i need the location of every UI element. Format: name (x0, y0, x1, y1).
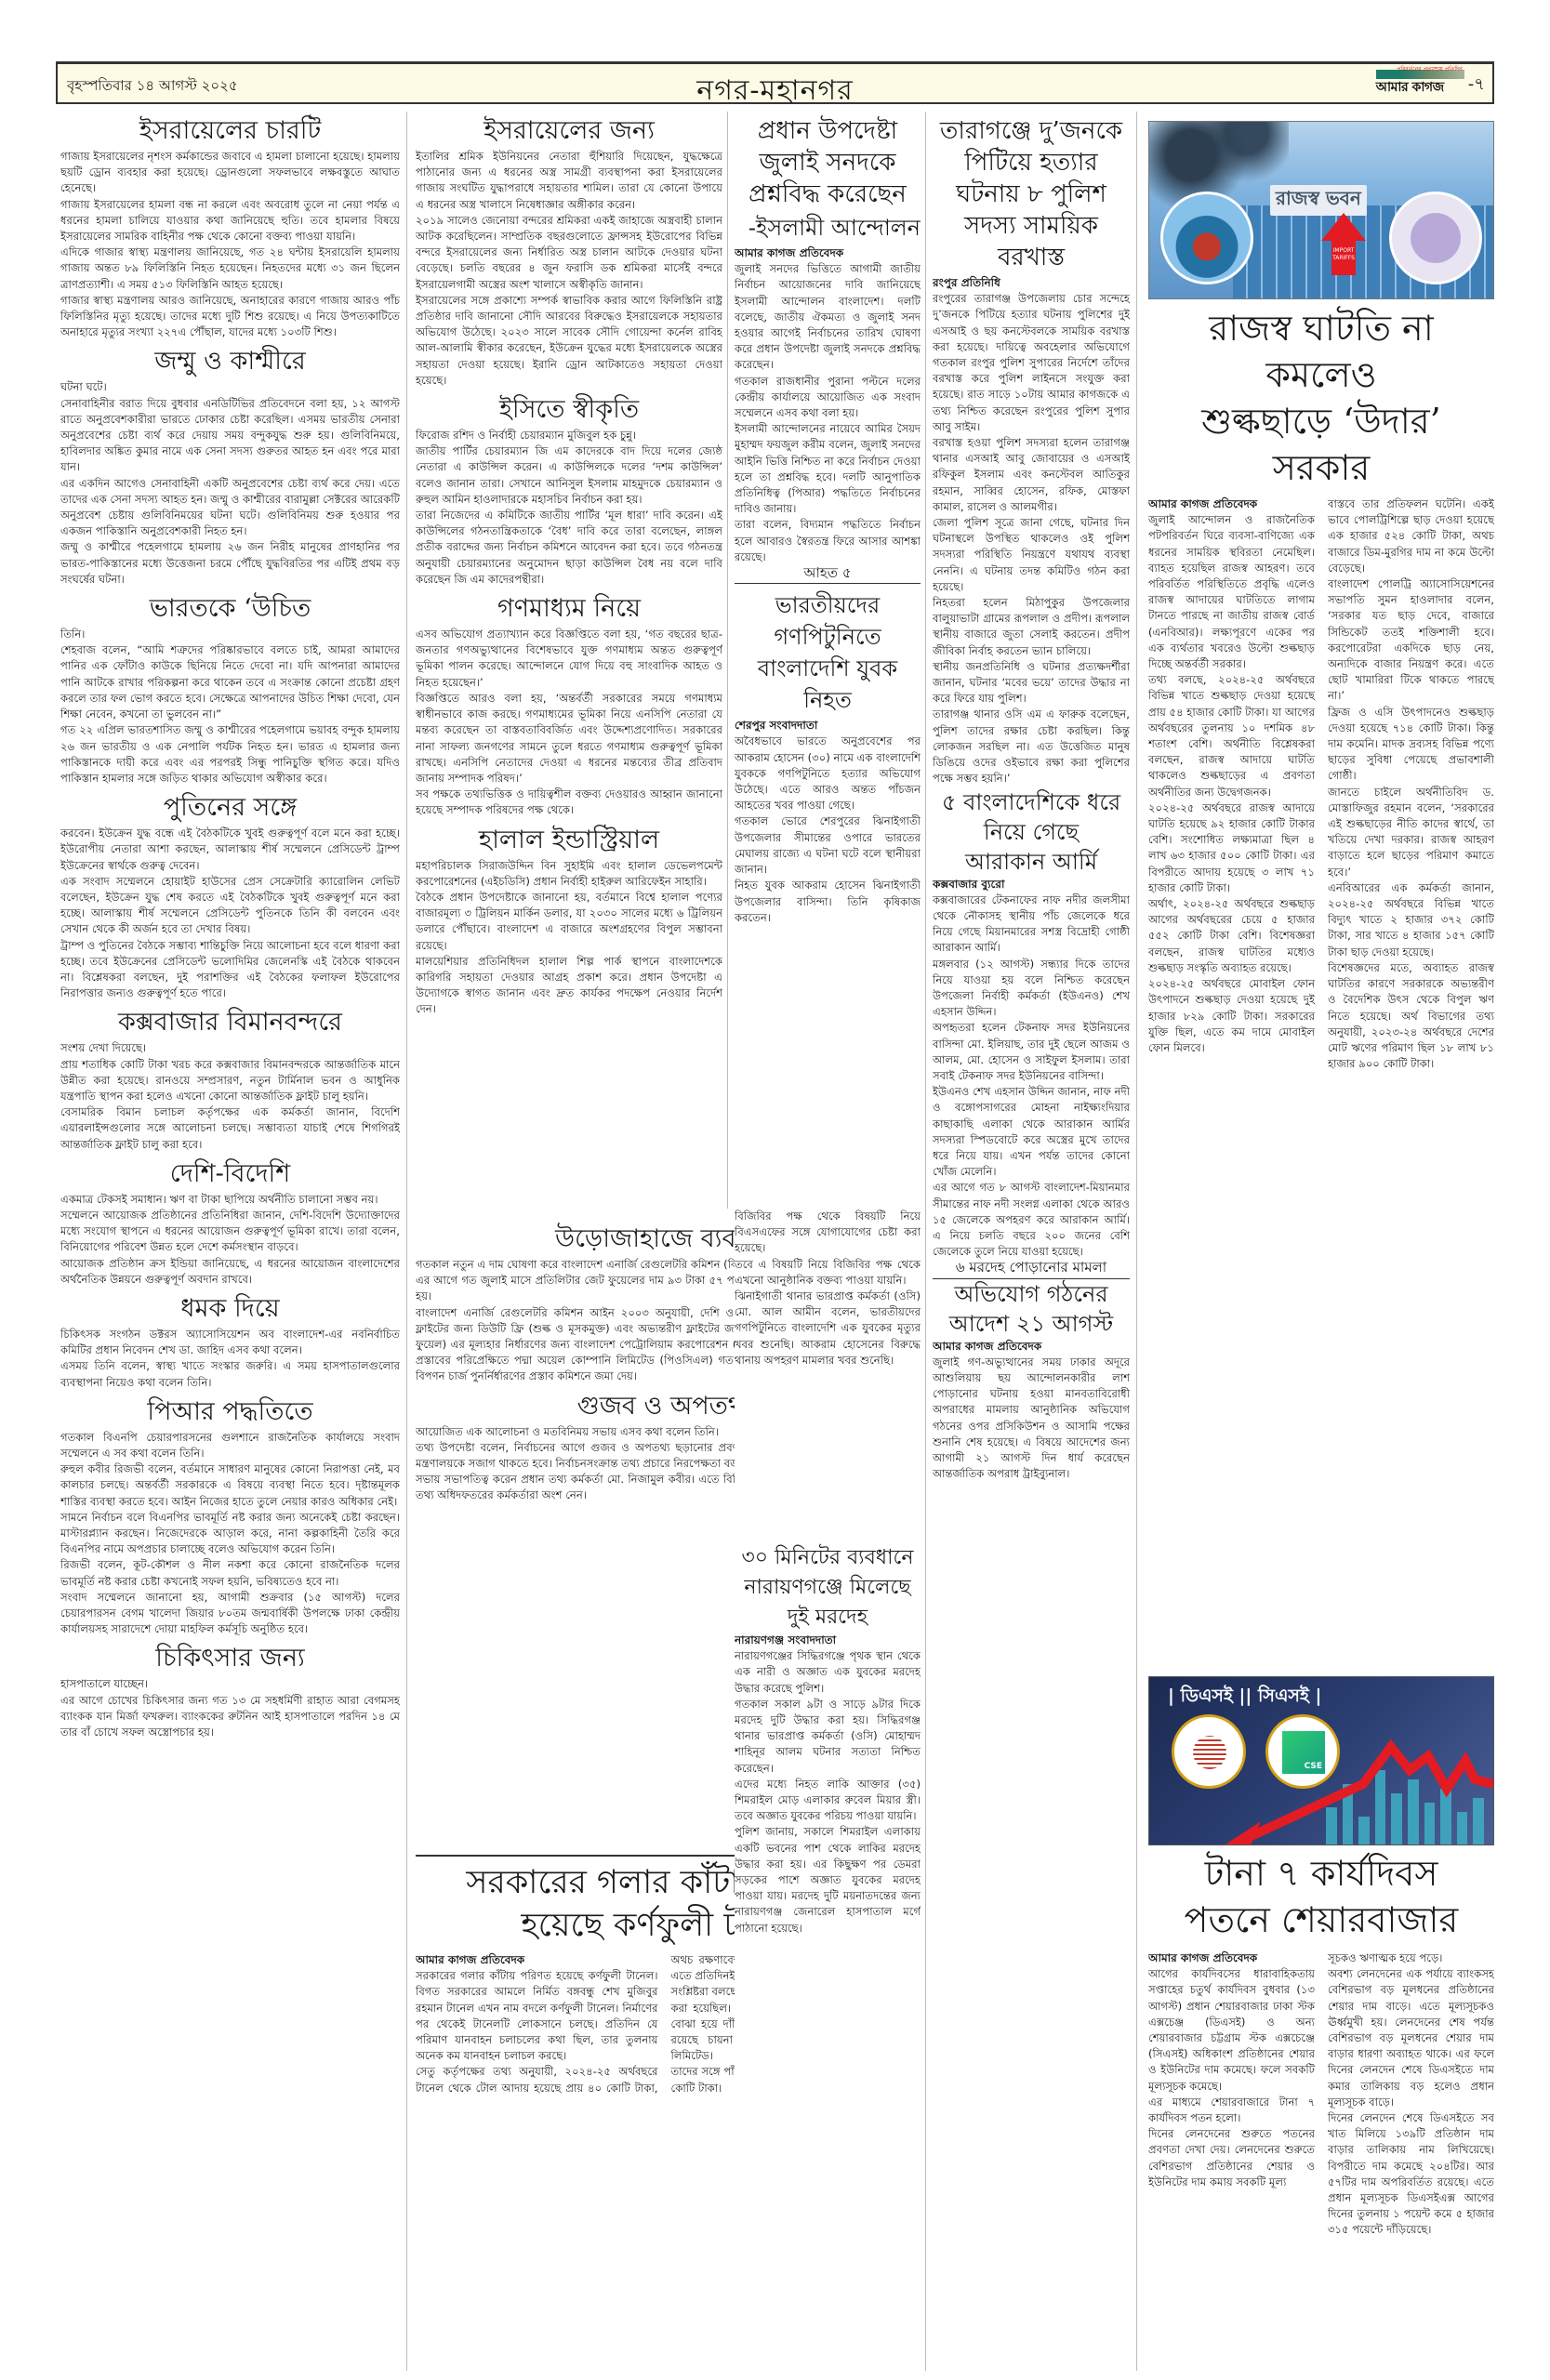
paragraph: তবে এ বিষয়টি নিয়ে বিজিবির পক্ষ থেকে এখ… (735, 1257, 921, 1289)
stock-headline: টানা ৭ কার্যদিবস (1148, 1850, 1494, 1897)
stock-headline: পতনে শেয়ারবাজার (1148, 1897, 1494, 1943)
paragraph: তারা বলেন, বিদ্যমান পদ্ধতিতে নির্বাচন হল… (735, 517, 921, 565)
article-coxsbazar-airport: কক্সবাজার বিমানবন্দরে সংশয় দেখা দিয়েছে… (60, 1007, 400, 1152)
headline: গণমাধ্যম নিয়ে (416, 593, 722, 625)
paragraph: এর মাধ্যমে শেয়ারবাজারে টানা ৭ কার্যদিবস… (1148, 2095, 1315, 2126)
paragraph: স্থানীয় জনপ্রতিনিধি ও ঘটনার প্রত্যক্ষদর… (933, 659, 1130, 707)
byline: শেরপুর সংবাদদাতা (735, 718, 921, 734)
paragraph: এসময় তিনি বলেন, স্বাস্থ্য খাতে সংস্কার … (60, 1358, 400, 1390)
article-ec-recognition: ইসিতে স্বীকৃতি ফিরোজ রশিদ ও নির্বাহী চেয… (416, 394, 722, 588)
column-divider (925, 112, 926, 2371)
headline: প্রধান উপদেষ্টা জুলাই সনদকে প্রশ্নবিদ্ধ … (735, 115, 921, 210)
column-3-lower: ৩০ মিনিটের ব্যবধানে নারায়ণগঞ্জে মিলেছে … (735, 1543, 921, 2375)
headline: ৩০ মিনিটের ব্যবধানে (735, 1543, 921, 1573)
paragraph: এনবিআরের এক কর্মকর্তা জানান, ২০২৪-২৫ অর্… (1328, 880, 1494, 960)
paragraph: ২০২৪-২৫ অর্থবছরে রাজস্ব আদায়ে ঘাটতি হয়… (1148, 800, 1315, 896)
paragraph: তারা নিজেদের এ কমিটিকে জাতীয় পার্টির ‘ম… (416, 508, 722, 588)
paragraph: কক্সবাজারের টেকনাফের নাফ নদীর জলসীমা থেক… (933, 892, 1130, 957)
paragraph: গাজার স্বাস্থ্য মন্ত্রণালয় আরও জানিয়েছ… (60, 293, 400, 341)
article-israel-for: ইসরায়েলের জন্য ইতালির শ্রমিক ইউনিয়নের … (416, 115, 722, 389)
paragraph: গাজায় ইসরায়েলের হামলা বন্ধ না করলে এবং… (60, 197, 400, 245)
paragraph: করবেন। ইউক্রেন যুদ্ধ বন্ধে এই বৈঠকটিকে খ… (60, 826, 400, 874)
column-divider (406, 112, 407, 2371)
lead-right-column: বাস্তবে তার প্রতিফলন ঘটেনি। একই ভাবে পোল… (1328, 496, 1494, 1072)
paragraph: অর্থাৎ, ২০২৪-২৫ অর্থবছরে শুল্কছাড় আগের … (1148, 896, 1315, 976)
lead-headline: রাজস্ব ঘাটতি না কমলেও (1148, 305, 1494, 398)
paragraph: সম্মেলনে আয়োজক প্রতিষ্ঠানের প্রতিনিধিরা… (60, 1208, 400, 1256)
headline: আরাকান আর্মি (933, 847, 1130, 877)
paragraph: একমাত্র টেকসই সমাধান। ঋণ বা টাকা ছাপিয়ে… (60, 1192, 400, 1208)
byline: রংপুর প্রতিনিধি (933, 275, 1130, 291)
column-3-mid: বিজিবির পক্ষ থেকে বিষয়টি নিয়ে বিএসএফের… (735, 1209, 921, 1543)
article-halal-industrial: হালাল ইন্ডাস্ট্রিয়াল মহাপরিচালক সিরাজউদ… (416, 825, 722, 1018)
paragraph: জেলা পুলিশ সূত্রে জানা গেছে, ঘটনার দিন ঘ… (933, 515, 1130, 595)
paragraph: গাজায় ইসরায়েলের নৃশংস কর্মকান্ডের জবাব… (60, 149, 400, 197)
column-5-lead: রাজস্ব ঘাটতি না কমলেও শুল্কছাড়ে ‘উদার’ … (1148, 305, 1494, 1672)
article-jammu-kashmir: জম্মু ও কাশ্মীরে ঘটনা ঘটে। সেনাবাহিনীর ব… (60, 346, 400, 588)
article-for-treatment: চিকিৎসার জন্য হাসপাতালে যাচ্ছেন। এর আগে … (60, 1643, 400, 1740)
paragraph: মঙ্গলবার (১২ আগস্ট) সন্ধ্যার দিকে তাদের … (933, 957, 1130, 1021)
stock-exchange-labels: | ডিএসই || সিএসই | (1168, 1683, 1321, 1712)
headline: নিয়ে গেছে (933, 817, 1130, 847)
paragraph: এক সংবাদ সম্মেলনে হোয়াইট হাউসের প্রেস স… (60, 874, 400, 938)
column-divider (727, 112, 728, 1209)
article-threatening: ধমক দিয়ে চিকিৎসক সংগঠন ডক্টরস অ্যাসোসিয… (60, 1293, 400, 1391)
byline: আমার কাগজ প্রতিবেদক (1148, 1950, 1315, 1966)
lead-left-column: আমার কাগজ প্রতিবেদক জুলাই আন্দোলন ও রাজন… (1148, 496, 1315, 1072)
headline: ভারতকে ‘উচিত (60, 593, 400, 625)
article-india-proper: ভারতকে ‘উচিত তিনি। শেহবাজ বলেন, “আমি শত্… (60, 593, 400, 787)
paragraph: এসব অভিযোগ প্রত্যাখ্যান করে বিজ্ঞপ্তিতে … (416, 627, 722, 691)
headline: হালাল ইন্ডাস্ট্রিয়াল (416, 825, 722, 856)
paragraph: রিজভী বলেন, কূট-কৌশল ও নীল নকশা করে কোনো… (60, 1557, 400, 1589)
paragraph: বিশেষজ্ঞদের মতে, অব্যাহত রাজস্ব ঘাটতির ক… (1328, 960, 1494, 1072)
byline: আমার কাগজ প্রতিবেদক (1148, 496, 1315, 512)
stock-right-column: সূচকও ঋণাত্মক হয়ে পড়ে। অবশ্য লেনদেনের … (1328, 1950, 1494, 2239)
stock-exchange-photo: | ডিএসই || সিএসই | CSE (1148, 1676, 1494, 1845)
paragraph: বরখাস্ত হওয়া পুলিশ সদস্যরা হলেন তারাগঞ্… (933, 435, 1130, 515)
article-six-bodies-case: ৬ মরদেহ পোড়ানোর মামলা অভিযোগ গঠনের আদেশ… (933, 1260, 1130, 1482)
paragraph: শেহবাজ বলেন, “আমি শত্রুদের পরিষ্কারভাবে … (60, 642, 400, 722)
headline: ধমক দিয়ে (60, 1293, 400, 1325)
paragraph: সূচকও ঋণাত্মক হয়ে পড়ে। (1328, 1950, 1494, 1966)
import-tariffs-label: IMPORT TARIFFS (1331, 240, 1356, 275)
paragraph: জম্মু ও কাশ্মীরে পহেলগামে হামলায় ২৬ জন … (60, 539, 400, 588)
paragraph: সরকারের গলার কাঁটায় পরিণত হয়েছে কর্ণফু… (416, 1968, 658, 2064)
article-bangladeshi-killed: আহত ৫ ভারতীয়দের গণপিটুনিতে বাংলাদেশি যু… (735, 565, 921, 926)
paragraph: অপহৃতরা হলেন টেকনাফ সদর ইউনিয়নের বাসিন্… (933, 1020, 1130, 1084)
article-july-charter: প্রধান উপদেষ্টা জুলাই সনদকে প্রশ্নবিদ্ধ … (735, 115, 921, 565)
column-4: তারাগঞ্জে দু’জনকে পিটিয়ে হত্যার ঘটনায় … (933, 110, 1130, 2378)
paragraph: এর আগে চোখের চিকিৎসার জন্য গত ১৩ মে সহধর… (60, 1693, 400, 1741)
byline: আমার কাগজ প্রতিবেদক (735, 245, 921, 261)
dse-label: ডিএসই (1181, 1686, 1233, 1706)
cse-label: সিএসই (1258, 1686, 1309, 1706)
paragraph: জাতীয় পার্টির চেয়ারম্যান জি এম কাদেরকে… (416, 443, 722, 508)
headline: দুই মরদেহ (735, 1603, 921, 1633)
paragraph: ইতালির শ্রমিক ইউনিয়নের নেতারা হুঁশিয়ার… (416, 149, 722, 213)
paragraph: ট্রাম্প ও পুতিনের বৈঠকে সম্ভাব্য শান্তিচ… (60, 938, 400, 1002)
headline: নারায়ণগঞ্জে মিলেছে (735, 1573, 921, 1603)
paragraph: নিহতরা হলেন মিঠাপুকুর উপজেলার বালুয়াভাট… (933, 595, 1130, 659)
paragraph: গতকাল ভোরে শেরপুরের ঝিনাইগাতী উপজেলার সী… (735, 813, 921, 878)
headline: দেশি-বিদেশি (60, 1158, 400, 1190)
paragraph: চিকিৎসক সংগঠন ডক্টরস অ্যাসোসিয়েশন অব বা… (60, 1327, 400, 1358)
article-narayanganj-bodies: ৩০ মিনিটের ব্যবধানে নারায়ণগঞ্জে মিলেছে … (735, 1543, 921, 1937)
paragraph: গত ২২ এপ্রিল ভারতশাসিত জম্মু ও কাশ্মীরের… (60, 722, 400, 787)
paragraph: এর আগে গত ৮ আগস্ট বাংলাদেশ-মিয়ানমার সীম… (933, 1180, 1130, 1260)
byline: আমার কাগজ প্রতিবেদক (933, 1339, 1130, 1355)
logo-name: আমার কাগজ (1376, 79, 1464, 96)
paragraph: মহাপরিচালক সিরাজউদ্দিন বিন সুহাইমি এবং হ… (416, 858, 722, 890)
headline: তারাগঞ্জে দু’জনকে পিটিয়ে হত্যার ঘটনায় … (933, 115, 1130, 273)
column-1: ইসরায়েলের চারটি গাজায় ইসরায়েলের নৃশংস… (60, 110, 400, 2378)
money-stack-icon (1389, 192, 1482, 284)
revenue-board-photo: রাজস্ব ভবন IMPORT TARIFFS (1148, 121, 1494, 299)
paragraph: অবশ্য লেনদেনের এক পর্যায়ে ব্যাংকসহ বেশি… (1328, 1966, 1494, 2110)
paragraph: সংবাদ সম্মেলনে জানানো হয়, আগামী শুক্রবা… (60, 1590, 400, 1638)
paragraph: সংশয় দেখা দিয়েছে। (60, 1040, 400, 1056)
paragraph: সেনাবাহিনীর বরাত দিয়ে বুধবার এনডিটিভির … (60, 396, 400, 476)
paragraph: হাসপাতালে যাচ্ছেন। (60, 1676, 400, 1692)
headline: পুতিনের সঙ্গে (60, 792, 400, 824)
headline: ৫ বাংলাদেশিকে ধরে (933, 787, 1130, 817)
article-with-putin: পুতিনের সঙ্গে করবেন। ইউক্রেন যুদ্ধ বন্ধে… (60, 792, 400, 1001)
headline: পিআর পদ্ধতিতে (60, 1396, 400, 1428)
paragraph: প্রায় শতাধিক কোটি টাকা খরচ করে কক্সবাজা… (60, 1057, 400, 1105)
arrow-up-icon (1321, 213, 1366, 241)
paragraph: এর একদিন আগেও সেনাবাহিনী একটি অনুপ্রবেশে… (60, 476, 400, 540)
paragraph: জানতে চাইলে অর্থনীতিবিদ ড. মোস্তাফিজুর র… (1328, 785, 1494, 880)
paragraph: সব পক্ষকে তথ্যভিত্তিক ও দায়িত্বশীল বক্ত… (416, 787, 722, 818)
paragraph: জুলাই সনদের ভিত্তিতে আগামী জাতীয় নির্বা… (735, 261, 921, 373)
paragraph: ফিরোজ রশিদ ও নির্বাহী চেয়ারম্যান মুজিবু… (416, 428, 722, 443)
byline: কক্সবাজার ব্যুরো (933, 877, 1130, 892)
masthead-logo: পরিবর্তনের প্রত্যাশায় প্রতিদিন আমার কাগ… (1376, 70, 1485, 99)
paragraph: ঘটনা ঘটে। (60, 379, 400, 395)
paragraph: নিহত যুবক আকরাম হোসেন ঝিনাইগাতী উপজেলার … (735, 878, 921, 926)
article-arakan-army: ৫ বাংলাদেশিকে ধরে নিয়ে গেছে আরাকান আর্ম… (933, 787, 1130, 1261)
paragraph: বেসামরিক বিমান চলাচল কর্তৃপক্ষের এক কর্ম… (60, 1104, 400, 1153)
lead-headline: শুল্কছাড়ে ‘উদার’ সরকার (1148, 398, 1494, 491)
paragraph: অবৈধভাবে ভারতে অনুপ্রবেশের পর আকরাম হোসে… (735, 734, 921, 813)
paragraph: বাংলাদেশ পোলট্রি অ্যাসোসিয়েশনের সভাপতি … (1328, 576, 1494, 705)
column-5-stock: টানা ৭ কার্যদিবস পতনে শেয়ারবাজার আমার ক… (1148, 1850, 1494, 2378)
paragraph: গতকাল সকাল ৯টা ও সাড়ে ৯টার দিকে মরদেহ দ… (735, 1697, 921, 1777)
paragraph: বিজ্ঞপ্তিতে আরও বলা হয়, ‘অন্তর্বর্তী সর… (416, 691, 722, 787)
paragraph: আগের কার্যদিবসের ধারাবাহিকতায় সপ্তাহের … (1148, 1966, 1315, 2095)
paragraph: রুহুল কবীর রিজভী বলেন, বর্তমানে সাধারণ ম… (60, 1461, 400, 1510)
column-divider (1136, 112, 1137, 2371)
building-sign: রাজস্ব ভবন (1270, 185, 1367, 216)
headline: ইসিতে স্বীকৃতি (416, 394, 722, 426)
paragraph: জুলাই গণ-অভ্যুত্থানের সময় ঢাকার অদূরে আ… (933, 1355, 1130, 1483)
paragraph: ফ্রিজ ও এসি উৎপাদনেও শুল্কছাড় দেওয়া হয… (1328, 705, 1494, 785)
paragraph: বিজিবির পক্ষ থেকে বিষয়টি নিয়ে বিএসএফের… (735, 1209, 921, 1257)
article-pr-method: পিআর পদ্ধতিতে গতকাল বিএনপি চেয়ারপারসনের… (60, 1396, 400, 1638)
subheadline: -ইসলামী আন্দোলন (735, 212, 921, 244)
paragraph: তিনি। (60, 627, 400, 642)
paragraph: রংপুরের তারাগঞ্জ উপজেলায় চোর সন্দেহে দু… (933, 291, 1130, 435)
cargo-ship-icon (1160, 192, 1253, 284)
paragraph: নারায়ণগঞ্জের সিদ্ধিরগঞ্জে পৃথক স্থান থে… (735, 1648, 921, 1697)
page-header: বৃহস্পতিবার ১৪ আগস্ট ২০২৫ নগর-মহানগর পরি… (56, 61, 1494, 104)
column-2-upper: ইসরায়েলের জন্য ইতালির শ্রমিক ইউনিয়নের … (416, 110, 722, 1216)
paragraph: আয়োজক প্রতিষ্ঠান ক্রস ইন্ডিয়া জানিয়েছ… (60, 1256, 400, 1288)
article-media: গণমাধ্যম নিয়ে এসব অভিযোগ প্রত্যাখ্যান ক… (416, 593, 722, 818)
byline: আমার কাগজ প্রতিবেদক (416, 1952, 658, 1968)
paragraph: মালয়েশিয়ার প্রতিনিধিদল হালাল শিল্প পার… (416, 954, 722, 1018)
paragraph: ইসলামী আন্দোলনের নায়েবে আমির সৈয়দ মুহা… (735, 421, 921, 517)
logo-tagline: পরিবর্তনের প্রত্যাশায় প্রতিদিন (1397, 64, 1462, 74)
paragraph: এদিকে গাজার স্বাস্থ্য মন্ত্রণালয় জানিয়… (60, 245, 400, 293)
stock-left-column: আমার কাগজ প্রতিবেদক আগের কার্যদিবসের ধার… (1148, 1950, 1315, 2239)
falling-arrow-icon (1196, 1733, 1494, 1845)
article-taraganj-police: তারাগঞ্জে দু’জনকে পিটিয়ে হত্যার ঘটনায় … (933, 115, 1130, 787)
article-domestic-foreign: দেশি-বিদেশি একমাত্র টেকসই সমাধান। ঋণ বা … (60, 1158, 400, 1288)
paragraph: তারাগঞ্জ থানার ওসি এম এ ফারুক বলেছেন, পু… (933, 707, 1130, 787)
article-israel-four: ইসরায়েলের চারটি গাজায় ইসরায়েলের নৃশংস… (60, 115, 400, 340)
paragraph: ২০১৯ সালেও জেনোয়া বন্দরের শ্রমিকরা একই … (416, 213, 722, 293)
page-number: -৭ (1468, 71, 1485, 99)
paragraph: ২০২৪-২৫ অর্থবছরে মোবাইল ফোন উৎপাদনে শুল্… (1148, 976, 1315, 1056)
newspaper-logo-icon: পরিবর্তনের প্রত্যাশায় প্রতিদিন আমার কাগ… (1376, 70, 1464, 99)
paragraph: দিনের লেনদেন শেষে ডিএসইতে সব খাত মিলিয়ে… (1328, 2110, 1494, 2239)
paragraph: ইউএনও শেখ এহসান উদ্দিন জানান, নাফ নদী ও … (933, 1084, 1130, 1180)
paragraph: ইসরায়েলের সঙ্গে প্রকাশ্যে সম্পর্ক স্বাভ… (416, 293, 722, 389)
headline: চিকিৎসার জন্য (60, 1643, 400, 1674)
paragraph: তথ্য বলছে, ২০২৪-২৫ অর্থবছরে বিভিন্ন খাতে… (1148, 672, 1315, 800)
headline: কক্সবাজার বিমানবন্দরে (60, 1007, 400, 1038)
paragraph: সামনে নির্বাচন বলে বিএনপির ভাবমূর্তি নষ্… (60, 1510, 400, 1558)
paragraph: দিনের লেনদেনের শুরুতে পতনের প্রবণতা দেখা… (1148, 2126, 1315, 2190)
kicker: ৬ মরদেহ পোড়ানোর মামলা (933, 1260, 1130, 1278)
paragraph: ঝিনাইগাতী থানার ভারপ্রাপ্ত কর্মকর্তা (ওস… (735, 1289, 921, 1368)
headline: ভারতীয়দের গণপিটুনিতে বাংলাদেশি যুবক নিহ… (735, 589, 921, 716)
paragraph: এদের মধ্যে নিহত লাকি আক্তার (৩৫) শিমরাইল… (735, 1777, 921, 1825)
paragraph: বৈঠকে প্রধান উপদেষ্টাকে জানানো হয়, বর্ত… (416, 890, 722, 954)
headline: জম্মু ও কাশ্মীরে (60, 346, 400, 377)
headline: অভিযোগ গঠনের আদেশ ২১ আগস্ট (933, 1279, 1130, 1339)
byline: নারায়ণগঞ্জ সংবাদদাতা (735, 1633, 921, 1648)
headline: ইসরায়েলের চারটি (60, 115, 400, 147)
paragraph: জুলাই আন্দোলন ও রাজনৈতিক পটপরিবর্তন ঘিরে… (1148, 512, 1315, 672)
paragraph: গতকাল বিএনপি চেয়ারপারসনের গুলশানে রাজনৈ… (60, 1430, 400, 1461)
section-title: নগর-মহানগর (58, 68, 1492, 115)
paragraph: বাস্তবে তার প্রতিফলন ঘটেনি। একই ভাবে পোল… (1328, 496, 1494, 576)
paragraph: গতকাল রাজধানীর পুরানা পল্টনে দলের কেন্দ্… (735, 374, 921, 422)
column-3-upper: প্রধান উপদেষ্টা জুলাই সনদকে প্রশ্নবিদ্ধ … (735, 110, 921, 1207)
headline: ইসরায়েলের জন্য (416, 115, 722, 147)
paragraph: পুলিশ জানায়, সকালে শিমরাইল এলাকায় একটি… (735, 1824, 921, 1936)
kicker: আহত ৫ (735, 565, 921, 584)
